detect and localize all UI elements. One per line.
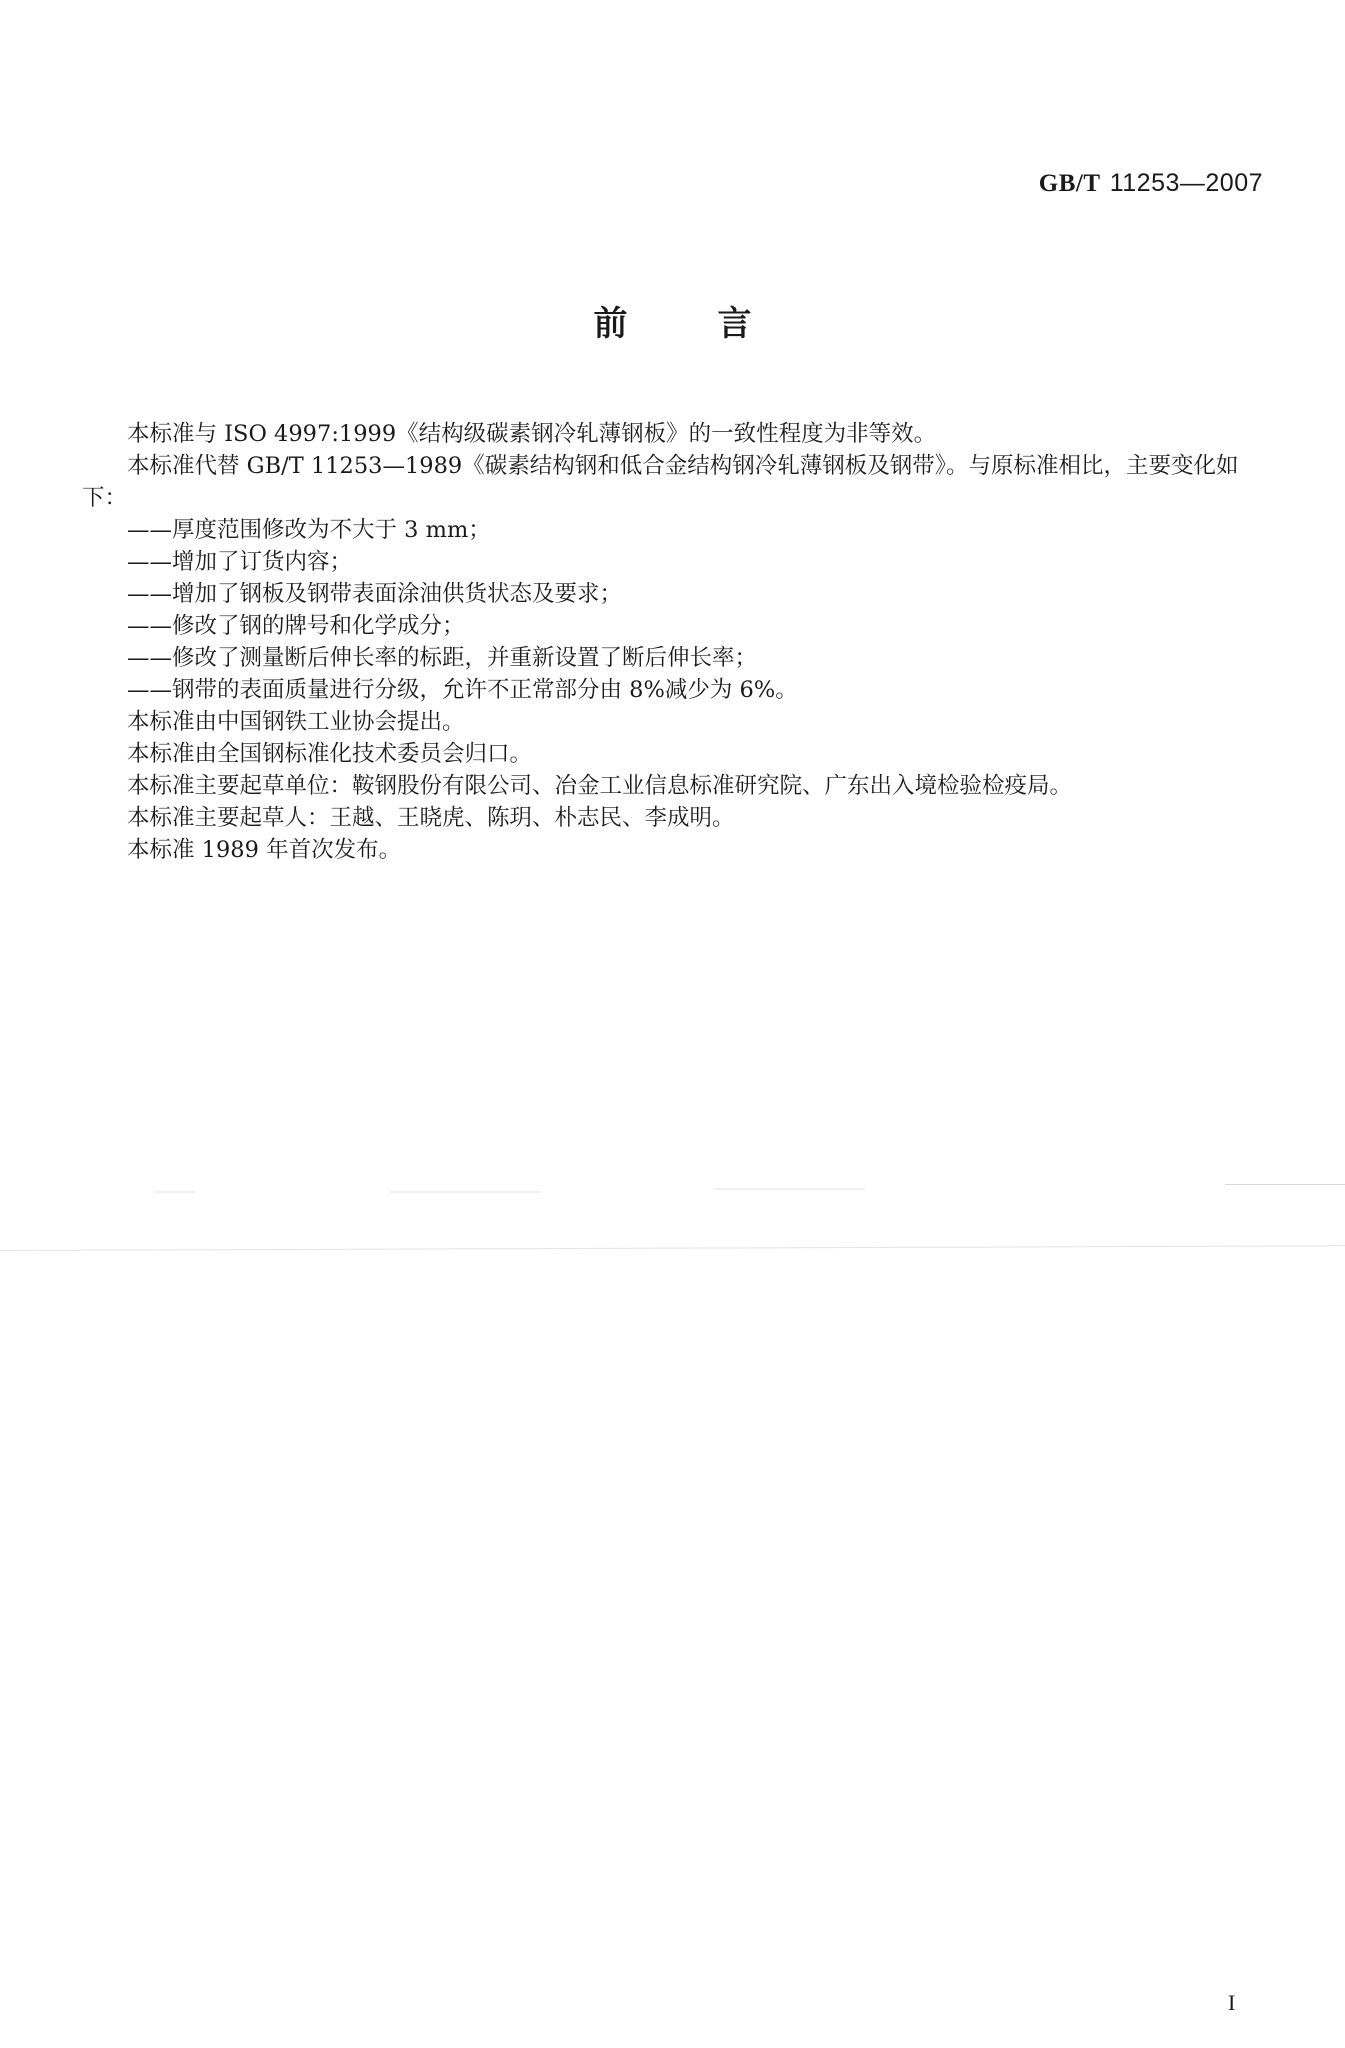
foreword-body: 本标准与 ISO 4997:1999《结构级碳素钢冷轧薄钢板》的一致性程度为非等… [82,418,1262,866]
standard-code: GB/T 11253—2007 [1039,168,1263,198]
scan-artifact [390,1191,540,1193]
scan-artifact [715,1188,865,1190]
paragraph-committee: 本标准由全国钢标准化技术委员会归口。 [82,738,1262,770]
paragraph-equivalence: 本标准与 ISO 4997:1999《结构级碳素钢冷轧薄钢板》的一致性程度为非等… [82,418,1262,450]
change-item: ——厚度范围修改为不大于 3 mm； [82,514,1262,546]
scan-artifact [155,1191,195,1193]
scan-artifact [0,1245,1345,1251]
change-item: ——增加了钢板及钢带表面涂油供货状态及要求； [82,578,1262,610]
change-item: ——修改了测量断后伸长率的标距，并重新设置了断后伸长率； [82,642,1262,674]
paragraph-proposer: 本标准由中国钢铁工业协会提出。 [82,706,1262,738]
paragraph-replacement: 本标准代替 GB/T 11253—1989《碳素结构钢和低合金结构钢冷轧薄钢板及… [82,450,1262,514]
page-title: 前言 [0,296,1345,345]
standard-number: 11253—2007 [1110,169,1263,197]
scan-artifact [1225,1184,1345,1185]
paragraph-drafters: 本标准主要起草人：王越、王晓虎、陈玥、朴志民、李成明。 [82,802,1262,834]
change-item: ——修改了钢的牌号和化学成分； [82,610,1262,642]
standard-prefix: GB/T [1039,170,1101,197]
change-item: ——增加了订货内容； [82,546,1262,578]
page-number: I [1228,1990,1235,2016]
paragraph-drafting-units: 本标准主要起草单位：鞍钢股份有限公司、冶金工业信息标准研究院、广东出入境检验检疫… [82,770,1262,802]
change-item: ——钢带的表面质量进行分级，允许不正常部分由 8%减少为 6%。 [82,674,1262,706]
paragraph-first-issue: 本标准 1989 年首次发布。 [82,834,1262,866]
